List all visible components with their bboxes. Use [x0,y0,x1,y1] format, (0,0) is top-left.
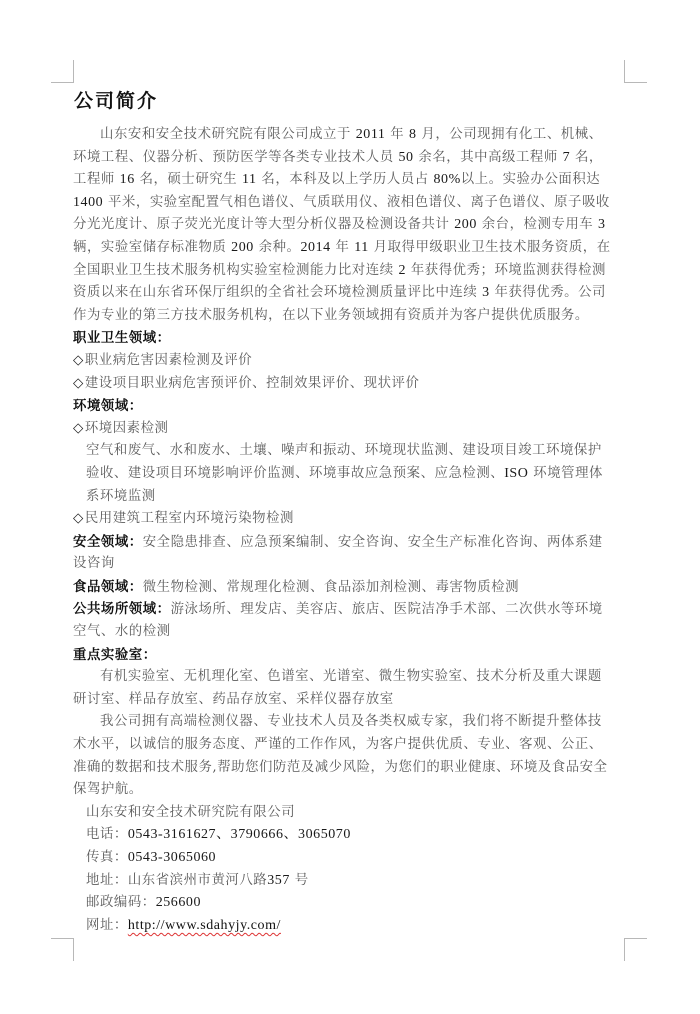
section-heading-environment: 环境领域： [73,395,628,418]
section-public: 公共场所领域：游泳场所、理发店、美容店、旅店、医院洁净手术部、二次供水等环境 [73,598,628,621]
section-food: 食品领域：微生物检测、常规理化检测、食品添加剂检测、毒害物质检测 [73,576,628,599]
list-item: 建设项目职业病危害预评价、控制效果评价、现状评价 [73,373,628,396]
labs-line: 研讨室、样品存放室、药品存放室、采样仪器存放室 [73,689,628,712]
contact-phone: 电话：0543-3161627、3790666、3065070 [73,824,628,847]
labs-line: 有机实验室、无机理化室、色谱室、光谱室、微生物实验室、技术分析及重大课题 [73,666,628,689]
closing-line: 我公司拥有高端检测仪器、专业技术人员及各类权威专家，我们将不断提升整体技 [73,711,628,734]
closing-line: 准确的数据和技术服务,帮助您们防范及减少风险，为您们的职业健康、环境及食品安全 [73,757,628,780]
intro-line: 工程师 16 名，硕士研究生 11 名，本科及以上学历人员占 80%以上。实验办… [73,169,628,192]
section-heading-labs: 重点实验室： [73,644,628,667]
closing-line: 术水平，以诚信的服务态度、严谨的工作作风，为客户提供优质、专业、客观、公正、 [73,734,628,757]
section-public-cont: 空气、水的检测 [73,621,628,644]
section-heading-food: 食品领域： [73,579,143,595]
section-heading-public: 公共场所领域： [73,601,171,617]
list-item: 环境因素检测 [73,418,628,441]
intro-line: 1400 平米，实验室配置气相色谱仪、气质联用仪、液相色谱仪、离子色谱仪、原子吸… [73,192,628,215]
contact-address: 地址：山东省滨州市黄河八路357 号 [73,870,628,893]
margin-corner-mark [51,60,74,83]
section-heading-safety: 安全领域： [73,534,143,550]
list-item: 民用建筑工程室内环境污染物检测 [73,508,628,531]
margin-corner-mark [624,938,647,961]
contact-postcode: 邮政编码：256600 [73,892,628,915]
margin-corner-mark [51,938,74,961]
intro-line: 分光光度计、原子荧光光度计等大型分析仪器及检测设备共计 200 余台，检测专用车… [73,214,628,237]
intro-line: 山东安和安全技术研究院有限公司成立于 2011 年 8 月，公司现拥有化工、机械… [73,124,628,147]
margin-corner-mark [624,60,647,83]
intro-line: 环境工程、仪器分析、预防医学等各类专业技术人员 50 余名，其中高级工程师 7 … [73,147,628,170]
website-link[interactable]: http://www.sdahyjy.com/ [128,918,281,933]
closing-line: 保驾护航。 [73,779,628,802]
intro-line: 全国职业卫生技术服务机构实验室检测能力比对连续 2 年获得优秀；环境监测获得检测 [73,260,628,283]
contact-website: 网址：http://www.sdahyjy.com/ [73,915,628,938]
contact-company: 山东安和安全技术研究院有限公司 [73,802,628,825]
intro-line: 作为专业的第三方技术服务机构，在以下业务领域拥有资质并为客户提供优质服务。 [73,305,628,328]
list-item-detail: 验收、建设项目环境影响评价监测、环境事故应急预案、应急检测、ISO 环境管理体 [73,463,628,486]
intro-line: 资质以来在山东省环保厅组织的全省社会环境检测质量评比中连续 3 年获得优秀。公司 [73,282,628,305]
section-safety: 安全领域：安全隐患排查、应急预案编制、安全咨询、安全生产标准化咨询、两体系建 [73,531,628,554]
list-item-detail: 空气和废气、水和废水、土壤、噪声和振动、环境现状监测、建设项目竣工环境保护 [73,440,628,463]
section-heading-occupational: 职业卫生领域： [73,327,628,350]
list-item-detail: 系环境监测 [73,486,628,509]
list-item: 职业病危害因素检测及评价 [73,350,628,373]
contact-block: 山东安和安全技术研究院有限公司 电话：0543-3161627、3790666、… [73,802,628,938]
section-safety-cont: 设咨询 [73,553,628,576]
intro-line: 辆，实验室储存标准物质 200 余种。2014 年 11 月取得甲级职业卫生技术… [73,237,628,260]
contact-fax: 传真：0543-3065060 [73,847,628,870]
document-page: 公司简介 山东安和安全技术研究院有限公司成立于 2011 年 8 月，公司现拥有… [0,0,700,1014]
document-body: 山东安和安全技术研究院有限公司成立于 2011 年 8 月，公司现拥有化工、机械… [73,124,628,937]
page-title: 公司简介 [74,86,158,113]
